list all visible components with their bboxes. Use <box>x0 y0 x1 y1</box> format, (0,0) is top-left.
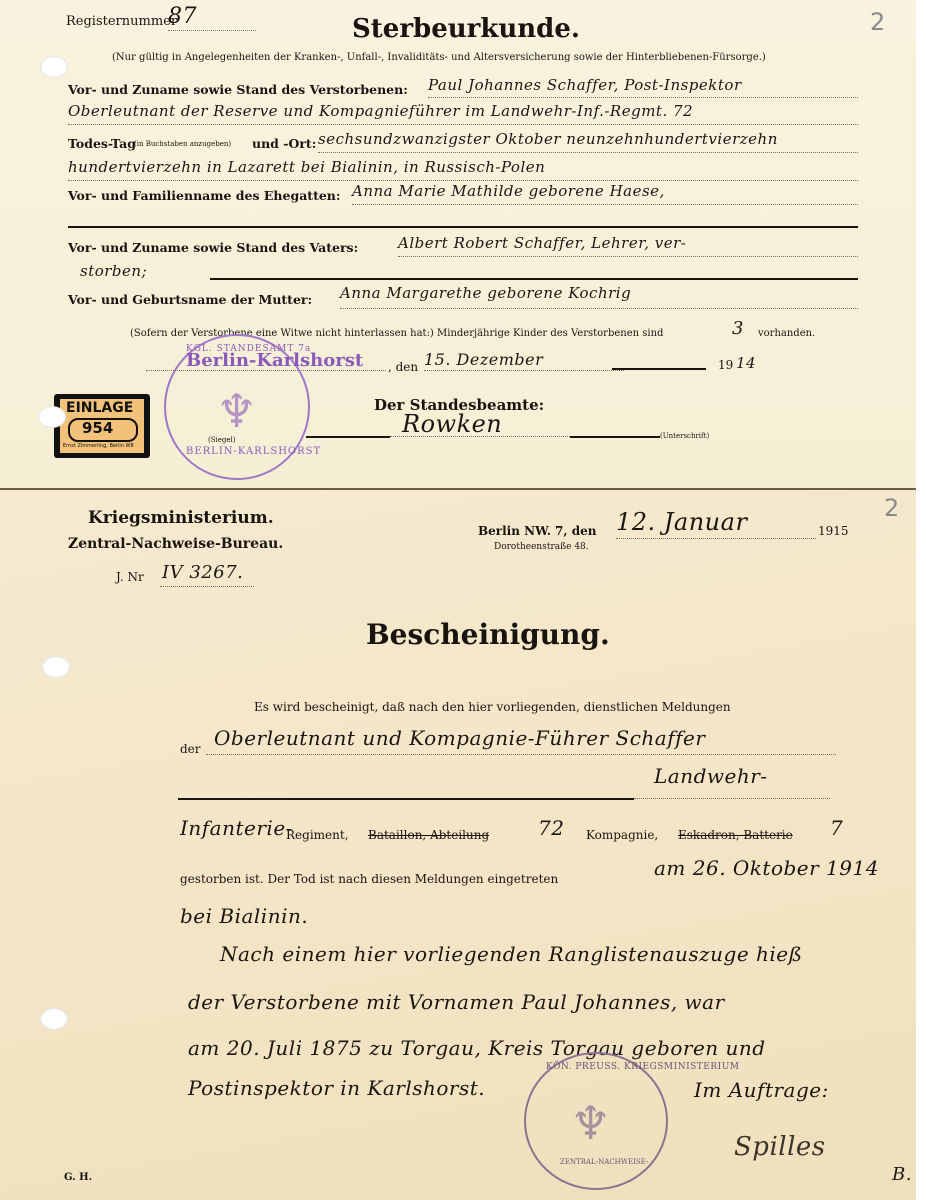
company-number: 7 <box>830 816 843 840</box>
year-prefix: 19 <box>718 358 733 372</box>
signature-label: (Unterschrift) <box>660 432 709 440</box>
children-suffix: vorhanden. <box>758 328 815 339</box>
death-date: am 26. Oktober 1914 <box>654 856 879 880</box>
death-day-note: (in Buchstaben anzugeben) <box>134 140 231 148</box>
issue-date: 12. Januar <box>616 508 747 536</box>
father-label: Vor- und Zuname sowie Stand des Vaters: <box>68 240 358 255</box>
page-mark: 2 <box>884 494 899 522</box>
deceased-rank: Oberleutnant der Reserve und Kompagniefü… <box>68 102 693 120</box>
registrar-signature: Rowken <box>402 410 502 438</box>
death-date-value: sechsundzwanzigster Oktober neunzehnhund… <box>318 130 778 148</box>
eagle-icon: ♆ <box>216 384 257 438</box>
father-value-cont: storben; <box>80 262 147 280</box>
intro-text: Es wird bescheinigt, daß nach den hier v… <box>254 700 731 714</box>
note-line-1: Nach einem hier vorliegenden Ranglistena… <box>220 942 802 966</box>
rank-line2: Landwehr- <box>654 764 768 788</box>
punch-hole <box>40 56 68 78</box>
date-prefix: , den <box>388 360 418 374</box>
der-label: der <box>180 742 201 756</box>
footer-mark: G. H. <box>64 1172 92 1183</box>
death-place: bei Bialinin. <box>180 904 308 928</box>
place-label: Berlin NW. 7, den <box>478 524 597 538</box>
register-label: Registernummer <box>66 14 177 29</box>
children-count: 3 <box>732 318 744 339</box>
insert-label-tag: EINLAGE 954 Ernst Zimmerling, Berlin W8 <box>54 394 150 458</box>
regiment-number: 72 <box>538 816 564 840</box>
seal-bottom-text: BERLIN-KARLSHORST <box>186 446 321 457</box>
journal-number: IV 3267. <box>162 562 243 583</box>
death-certificate-sheet: Registernummer 87 Sterbeurkunde. 2 (Nur … <box>0 0 916 490</box>
street-address: Dorotheenstraße 48. <box>494 542 589 552</box>
insert-number: 954 <box>82 419 113 437</box>
eagle-icon: ♆ <box>570 1096 611 1150</box>
insert-maker: Ernst Zimmerling, Berlin W8 <box>63 443 134 449</box>
note-line-3: am 20. Juli 1875 zu Torgau, Kreis Torgau… <box>188 1036 766 1060</box>
certificate-title: Bescheinigung. <box>366 618 610 651</box>
struck-unit-2: Eskadron, Batterie <box>678 828 793 842</box>
note-line-2: der Verstorbene mit Vornamen Paul Johann… <box>188 990 725 1014</box>
journal-label: J. Nr <box>116 570 144 584</box>
company-label: Kompagnie, <box>586 828 658 842</box>
punch-hole <box>42 656 70 678</box>
deceased-label: Vor- und Zuname sowie Stand des Verstorb… <box>68 82 408 97</box>
corner-mark: B. <box>892 1164 912 1185</box>
death-day-label: Todes-Tag <box>68 136 136 151</box>
deceased-name: Paul Johannes Schaffer, Post-Inspektor <box>428 76 742 94</box>
mother-label: Vor- und Geburtsname der Mutter: <box>68 292 312 307</box>
mother-value: Anna Margarethe geborene Kochrig <box>340 284 631 302</box>
death-place-value: hundertvierzehn in Lazarett bei Bialinin… <box>68 158 545 176</box>
on-behalf-label: Im Auftrage: <box>694 1078 829 1102</box>
page-mark: 2 <box>870 8 885 36</box>
ministry-seal-text: KÖN. PREUSS. KRIEGSMINISTERIUM <box>546 1062 740 1072</box>
spouse-value: Anna Marie Mathilde geborene Haese, <box>352 182 665 200</box>
place-stamp: Berlin-Karlshorst <box>186 350 363 371</box>
official-signature: Spilles <box>734 1132 826 1162</box>
certificate-sheet: Kriegsministerium. Zentral-Nachweise-Bur… <box>0 488 916 1200</box>
year-suffix: 14 <box>736 354 756 372</box>
died-text: gestorben ist. Der Tod ist nach diesen M… <box>180 872 558 886</box>
issue-year: 1915 <box>818 524 849 538</box>
regiment-type: Infanterie- <box>180 816 293 840</box>
children-prefix: (Sofern der Verstorbene eine Witwe nicht… <box>130 328 663 339</box>
rank-line1: Oberleutnant und Kompagnie-Führer Schaff… <box>214 726 705 750</box>
death-place-label: und -Ort: <box>252 136 316 151</box>
note-line-4: Postinspektor in Karlshorst. <box>188 1076 485 1100</box>
seal-label: (Siegel) <box>208 436 236 444</box>
ministry-seal-bottom: ZENTRAL-NACHWEISE- <box>560 1158 648 1166</box>
bureau-name: Zentral-Nachweise-Bureau. <box>68 536 283 552</box>
insert-label: EINLAGE <box>66 400 133 416</box>
punch-hole <box>40 1008 68 1030</box>
father-value: Albert Robert Schaffer, Lehrer, ver- <box>398 234 686 252</box>
document-title: Sterbeurkunde. <box>352 14 580 44</box>
register-number: 87 <box>168 4 197 29</box>
regiment-label: Regiment, <box>286 828 349 842</box>
ministry-name: Kriegsministerium. <box>88 508 274 528</box>
validity-note: (Nur gültig in Angelegenheiten der Krank… <box>112 52 766 63</box>
struck-unit: Bataillon, Abteilung <box>368 828 489 842</box>
spouse-label: Vor- und Familienname des Ehegatten: <box>68 188 341 203</box>
issue-date: 15. Dezember <box>424 350 543 369</box>
punch-hole <box>38 406 66 428</box>
